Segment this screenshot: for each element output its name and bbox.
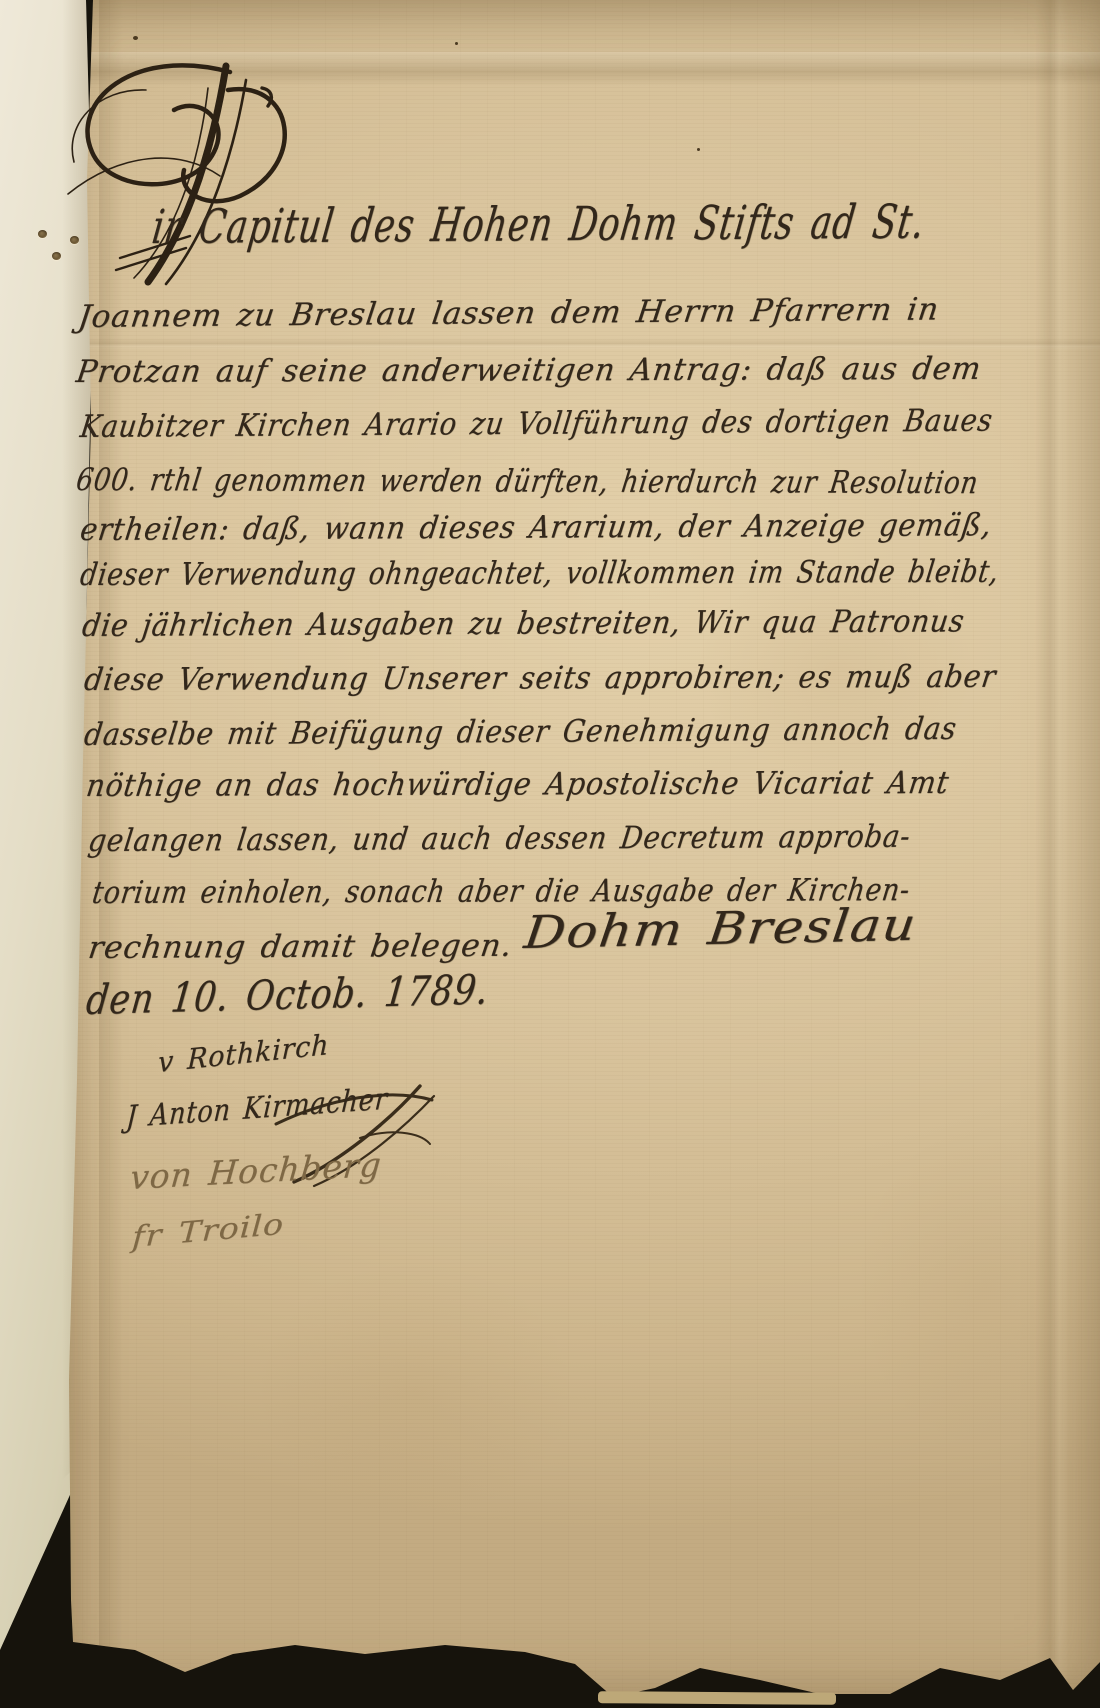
manuscript-line-7: dieser Verwendung ohngeachtet, vollkomme…	[78, 554, 1001, 593]
manuscript-line-5: 600. rthl genommen werden dürften, hierd…	[74, 462, 981, 501]
manuscript-line-14: rechnung damit belegen.	[86, 928, 515, 966]
binding-hole	[38, 230, 47, 238]
manuscript-line-8: die jährlichen Ausgaben zu bestreiten, W…	[80, 603, 967, 644]
manuscript-line-12: gelangen lassen, und auch dessen Decretu…	[86, 819, 913, 859]
torn-edge-sliver	[598, 1691, 836, 1705]
manuscript-line-6: ertheilen: daß, wann dieses Ararium, der…	[78, 507, 994, 548]
calligraphic-initial-w	[62, 44, 302, 294]
manuscript-line-1: ir Capitul des Hohen Dohm Stifts ad St.	[149, 195, 928, 255]
binding-hole	[52, 252, 61, 260]
scanned-document: ir Capitul des Hohen Dohm Stifts ad St.J…	[0, 0, 1100, 1708]
closing-place: Dohm Breslau	[521, 898, 919, 959]
manuscript-line-9: diese Verwendung Unserer seits approbire…	[82, 659, 998, 698]
manuscript-line-10: dasselbe mit Beifügung dieser Genehmigun…	[82, 711, 959, 753]
manuscript-line-3: Protzan auf seine anderweitigen Antrag: …	[74, 351, 984, 390]
manuscript-line-11: nöthige an das hochwürdige Apostolische …	[84, 765, 951, 804]
manuscript-line-4: Kaubitzer Kirchen Arario zu Vollführung …	[78, 403, 995, 445]
manuscript-line-2: Joannem zu Breslau lassen dem Herrn Pfar…	[76, 291, 941, 335]
